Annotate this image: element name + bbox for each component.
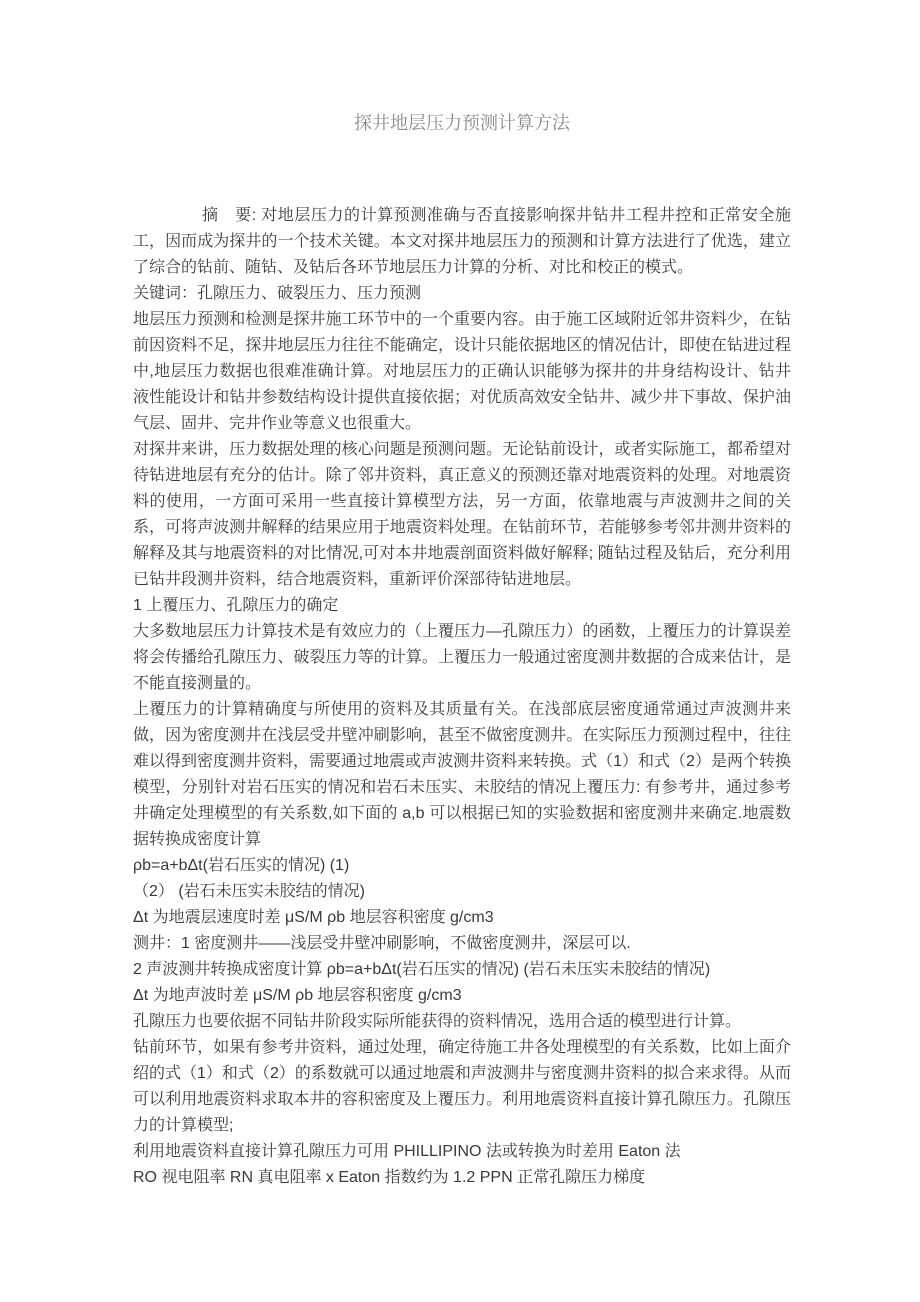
pre-drill-coefficients-paragraph: 钻前环节，如果有参考井资料，通过处理，确定待施工井各处理模型的有关系数，比如上面… xyxy=(133,1035,791,1139)
section-1-heading: 1 上覆压力、孔隙压力的确定 xyxy=(133,593,791,619)
intro-paragraph: 地层压力预测和检测是探井施工环节中的一个重要内容。由于施工区域附近邻井资料少，在… xyxy=(133,307,791,437)
overburden-accuracy-paragraph: 上覆压力的计算精确度与所使用的资料及其质量有关。在浅部底层密度通常通过声波测井来… xyxy=(133,697,791,853)
abstract-paragraph: 摘 要: 对地层压力的计算预测准确与否直接影响探井钻井工程井控和正常安全施工，因… xyxy=(133,203,791,281)
prediction-core-paragraph: 对探井来讲，压力数据处理的核心问题是预测问题。无论钻前设计，或者实际施工，都希望… xyxy=(133,437,791,593)
overburden-function-paragraph: 大多数地层压力计算技术是有效应力的（上覆压力—孔隙压力）的函数，上覆压力的计算误… xyxy=(133,619,791,697)
document-page: 探井地层压力预测计算方法 摘 要: 对地层压力的计算预测准确与否直接影响探井钻井… xyxy=(0,0,920,1302)
sonic-variable-definition-line: Δt 为地声波时差 μS/M ρb 地层容积密度 g/cm3 xyxy=(133,983,791,1009)
document-title: 探井地层压力预测计算方法 xyxy=(133,110,791,136)
pore-pressure-model-choice-paragraph: 孔隙压力也要依据不同钻井阶段实际所能获得的资料情况，选用合适的模型进行计算。 xyxy=(133,1009,791,1035)
phillipino-method-line: 利用地震资料直接计算孔隙压力可用 PHILLIPINO 法或转换为时差用 Eat… xyxy=(133,1139,791,1165)
logging-note-line: 测井：1 密度测井——浅层受井壁冲刷影响，不做密度测井，深层可以. xyxy=(133,931,791,957)
seismic-variable-definition-line: Δt 为地震层速度时差 μS/M ρb 地层容积密度 g/cm3 xyxy=(133,905,791,931)
keywords-line: 关键词：孔隙压力、破裂压力、压力预测 xyxy=(133,281,791,307)
sonic-conversion-line: 2 声波测井转换成密度计算 ρb=a+bΔt(岩石压实的情况) (岩石未压实未胶… xyxy=(133,957,791,983)
formula-2-line: （2） (岩石未压实未胶结的情况) xyxy=(133,879,791,905)
eaton-parameters-line: RO 视电阻率 RN 真电阻率 x Eaton 指数约为 1.2 PPN 正常孔… xyxy=(133,1165,791,1191)
formula-1-line: ρb=a+bΔt(岩石压实的情况) (1) xyxy=(133,853,791,879)
